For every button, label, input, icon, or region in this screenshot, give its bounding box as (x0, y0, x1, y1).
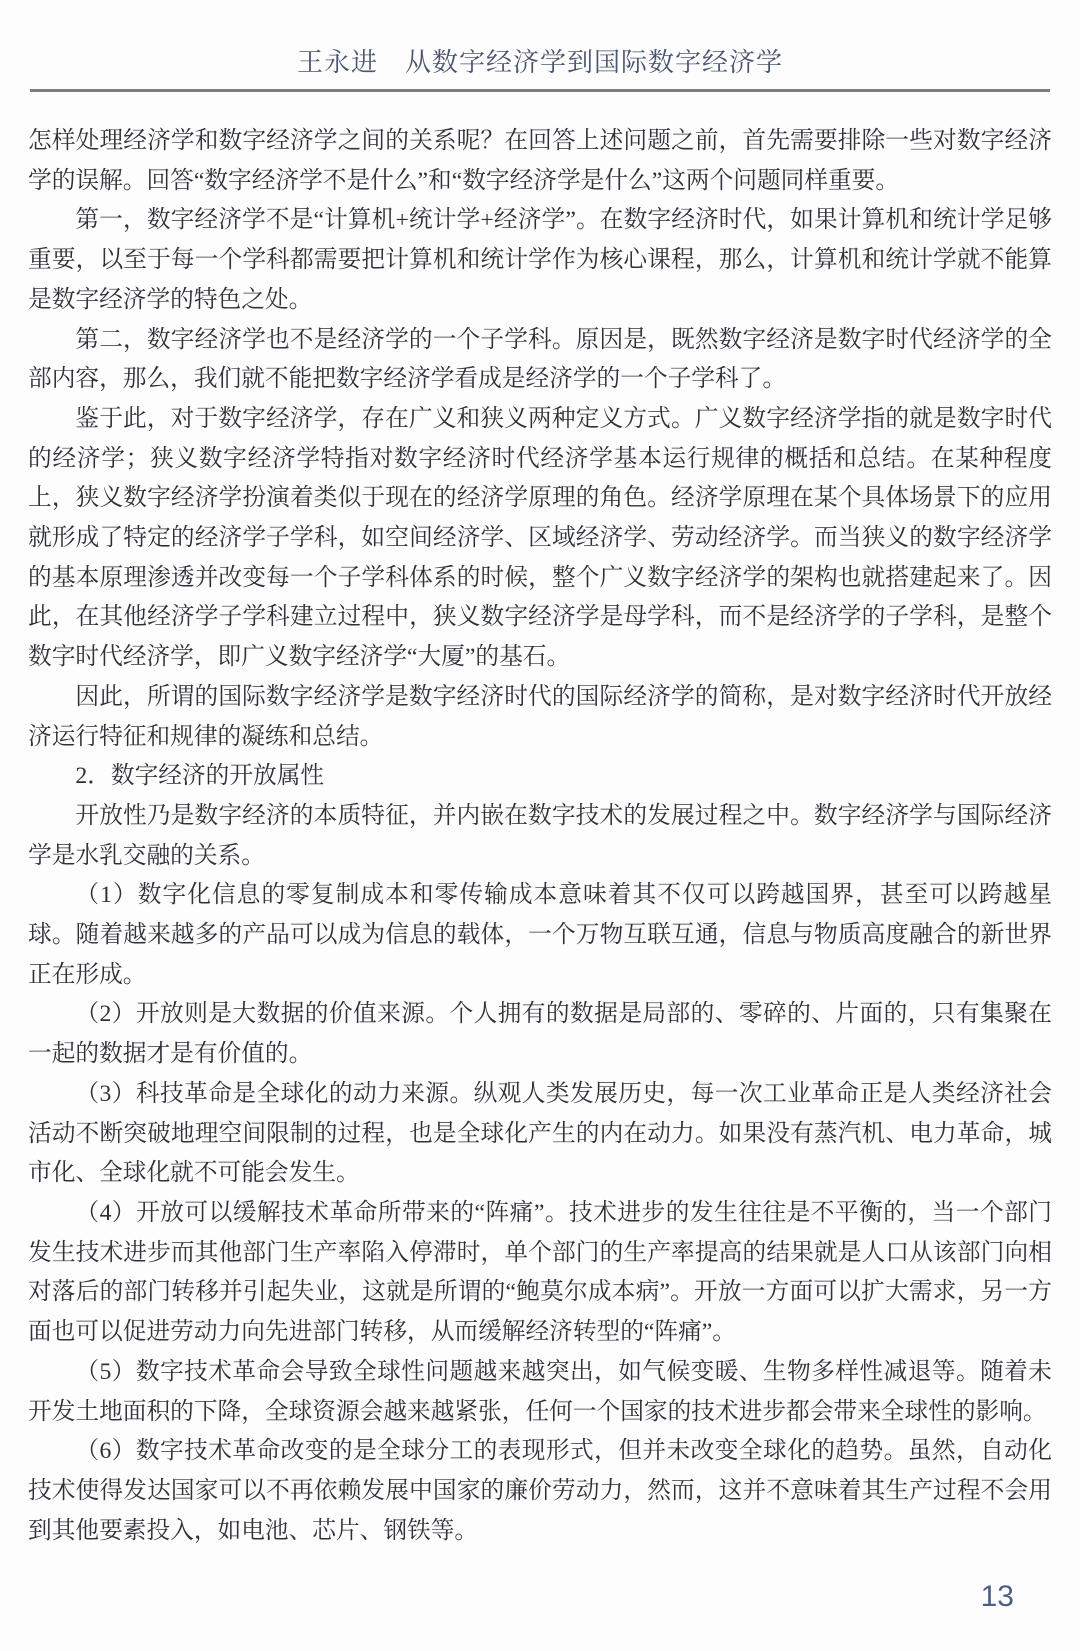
paragraph: （5）数字技术革命会导致全球性问题越来越突出，如气候变暖、生物多样性减退等。随着… (28, 1353, 1052, 1432)
page-header: 王永进 从数字经济学到国际数字经济学 (0, 0, 1080, 80)
running-head: 王永进 从数字经济学到国际数字经济学 (297, 46, 783, 80)
section-heading: 2．数字经济的开放属性 (28, 757, 1052, 797)
paragraph: 因此，所谓的国际数字经济学是数字经济时代的国际经济学的简称，是对数字经济时代开放… (28, 678, 1052, 757)
paragraph-continuation: 怎样处理经济学和数字经济学之间的关系呢？在回答上述问题之前，首先需要排除一些对数… (28, 122, 1052, 201)
paragraph: （6）数字技术革命改变的是全球分工的表现形式，但并未改变全球化的趋势。虽然，自动… (28, 1432, 1052, 1551)
page-body: 怎样处理经济学和数字经济学之间的关系呢？在回答上述问题之前，首先需要排除一些对数… (28, 122, 1052, 1551)
book-page: 王永进 从数字经济学到国际数字经济学 怎样处理经济学和数字经济学之间的关系呢？在… (0, 0, 1080, 1651)
paragraph: （2）开放则是大数据的价值来源。个人拥有的数据是局部的、零碎的、片面的，只有集聚… (28, 995, 1052, 1074)
page-number: 13 (981, 1580, 1014, 1614)
paragraph: 第二，数字经济学也不是经济学的一个子学科。原因是，既然数字经济是数字时代经济学的… (28, 321, 1052, 400)
paragraph: （3）科技革命是全球化的动力来源。纵观人类发展历史，每一次工业革命正是人类经济社… (28, 1075, 1052, 1194)
paragraph: 第一，数字经济学不是“计算机+统计学+经济学”。在数字经济时代，如果计算机和统计… (28, 201, 1052, 320)
header-rule (30, 89, 1050, 92)
paragraph: 鉴于此，对于数字经济学，存在广义和狭义两种定义方式。广义数字经济学指的就是数字时… (28, 400, 1052, 678)
paragraph: （1）数字化信息的零复制成本和零传输成本意味着其不仅可以跨越国界，甚至可以跨越星… (28, 876, 1052, 995)
paragraph: （4）开放可以缓解技术革命所带来的“阵痛”。技术进步的发生往往是不平衡的，当一个… (28, 1194, 1052, 1353)
paragraph: 开放性乃是数字经济的本质特征，并内嵌在数字技术的发展过程之中。数字经济学与国际经… (28, 797, 1052, 876)
